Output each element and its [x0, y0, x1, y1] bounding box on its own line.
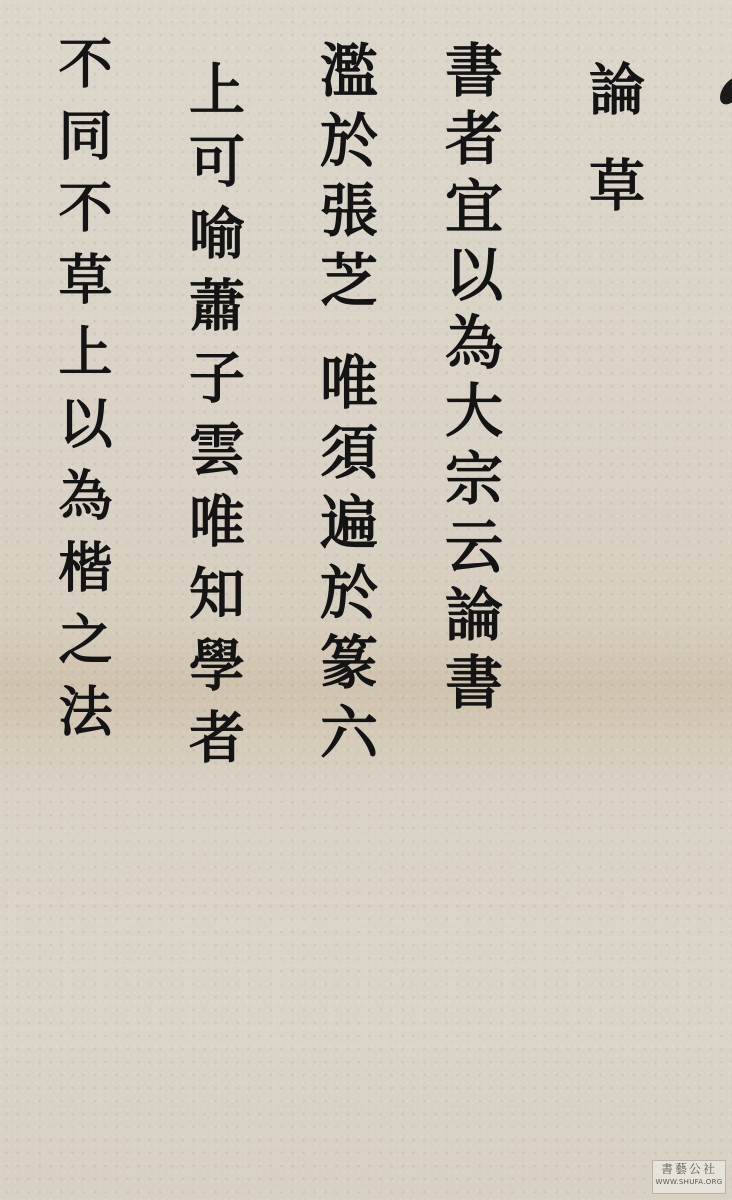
watermark-url: WWW.SHUFA.ORG — [653, 1177, 725, 1187]
calligraphy-column-2: 書者宜以為大宗云論書 — [440, 40, 498, 720]
calligraphy-column-1: 論草 — [585, 60, 641, 252]
calligraphy-column-5: 不同不草上以為楷之法 — [55, 35, 109, 755]
watermark: 書藝公社 WWW.SHUFA.ORG — [652, 1160, 726, 1194]
watermark-title: 書藝公社 — [653, 1161, 725, 1177]
calligraphy-column-4: 上可喻蕭子雲唯知學者 — [185, 60, 241, 780]
calligraphy-column-3: 濫於張芝 唯須遍於篆六 — [315, 40, 373, 772]
